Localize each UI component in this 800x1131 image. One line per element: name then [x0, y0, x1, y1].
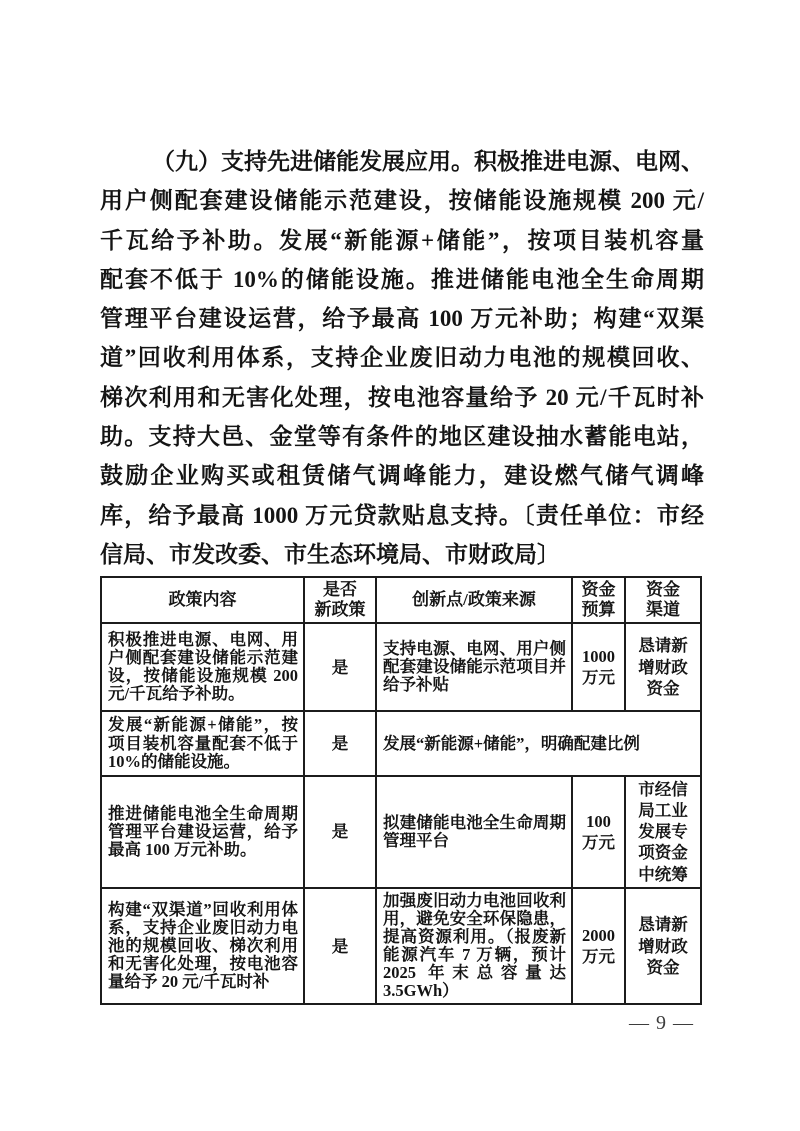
- paragraph-line: 梯次利用和无害化处理，按电池容量给予 20 元/千瓦时补: [100, 378, 704, 417]
- cell-innovation: 拟建储能电池全生命周期管理平台: [376, 776, 572, 888]
- paragraph-line: （九）支持先进储能发展应用。积极推进电源、电网、: [100, 142, 704, 181]
- paragraph-line: 道”回收利用体系，支持企业废旧动力电池的规模回收、: [100, 338, 704, 377]
- table-row: 积极推进电源、电网、用户侧配套建设储能示范建设，按储能设施规模 200 元/千瓦…: [101, 623, 701, 711]
- cell-is-new: 是: [304, 888, 376, 1005]
- table-row: 推进储能电池全生命周期管理平台建设运营，给予最高 100 万元补助。 是 拟建储…: [101, 776, 701, 888]
- paragraph-line: 用户侧配套建设储能示范建设，按储能设施规模 200 元/: [100, 181, 704, 220]
- cell-policy-content: 构建“双渠道”回收利用体系，支持企业废旧动力电池的规模回收、梯次利用和无害化处理…: [101, 888, 304, 1005]
- cell-budget: 1000 万元: [572, 623, 625, 711]
- cell-budget: 100 万元: [572, 776, 625, 888]
- policy-paragraph: （九）支持先进储能发展应用。积极推进电源、电网、 用户侧配套建设储能示范建设，按…: [100, 142, 704, 574]
- header-fund-budget: 资金 预算: [572, 577, 625, 623]
- paragraph-line: 鼓励企业购买或租赁储气调峰能力，建设燃气储气调峰: [100, 456, 704, 495]
- header-fund-channel: 资金 渠道: [625, 577, 701, 623]
- policy-table: 政策内容 是否 新政策 创新点/政策来源 资金 预算 资金 渠道 积极推进电源、…: [100, 576, 702, 1005]
- cell-channel: 恳请新 增财政 资金: [625, 888, 701, 1005]
- cell-channel: 恳请新 增财政 资金: [625, 623, 701, 711]
- cell-budget: 2000 万元: [572, 888, 625, 1005]
- table-row: 发展“新能源+储能”，按项目装机容量配套不低于 10%的储能设施。 是 发展“新…: [101, 711, 701, 776]
- paragraph-line: 库，给予最高 1000 万元贷款贴息支持。〔责任单位：市经: [100, 496, 704, 535]
- table-header-row: 政策内容 是否 新政策 创新点/政策来源 资金 预算 资金 渠道: [101, 577, 701, 623]
- cell-is-new: 是: [304, 711, 376, 776]
- paragraph-line: 信局、市发改委、市生态环境局、市财政局〕: [100, 535, 704, 574]
- paragraph-line: 管理平台建设运营，给予最高 100 万元补助；构建“双渠: [100, 299, 704, 338]
- page-number: — 9 —: [629, 1012, 694, 1035]
- paragraph-line: 千瓦给予补助。发展“新能源+储能”，按项目装机容量: [100, 221, 704, 260]
- paragraph-line: 助。支持大邑、金堂等有条件的地区建设抽水蓄能电站，: [100, 417, 704, 456]
- header-policy-content: 政策内容: [101, 577, 304, 623]
- cell-policy-content: 发展“新能源+储能”，按项目装机容量配套不低于 10%的储能设施。: [101, 711, 304, 776]
- cell-policy-content: 积极推进电源、电网、用户侧配套建设储能示范建设，按储能设施规模 200 元/千瓦…: [101, 623, 304, 711]
- cell-policy-content: 推进储能电池全生命周期管理平台建设运营，给予最高 100 万元补助。: [101, 776, 304, 888]
- cell-is-new: 是: [304, 776, 376, 888]
- header-innovation-source: 创新点/政策来源: [376, 577, 572, 623]
- header-is-new-policy: 是否 新政策: [304, 577, 376, 623]
- cell-innovation: 发展“新能源+储能”，明确配建比例: [376, 711, 701, 776]
- cell-channel: 市经信 局工业 发展专 项资金 中统筹: [625, 776, 701, 888]
- cell-is-new: 是: [304, 623, 376, 711]
- document-page: （九）支持先进储能发展应用。积极推进电源、电网、 用户侧配套建设储能示范建设，按…: [0, 0, 800, 1131]
- cell-innovation: 加强废旧动力电池回收利用，避免安全环保隐患，提高资源利用。（报废新能源汽车 7 …: [376, 888, 572, 1005]
- cell-innovation: 支持电源、电网、用户侧配套建设储能示范项目并给予补贴: [376, 623, 572, 711]
- paragraph-line: 配套不低于 10%的储能设施。推进储能电池全生命周期: [100, 260, 704, 299]
- table-row: 构建“双渠道”回收利用体系，支持企业废旧动力电池的规模回收、梯次利用和无害化处理…: [101, 888, 701, 1005]
